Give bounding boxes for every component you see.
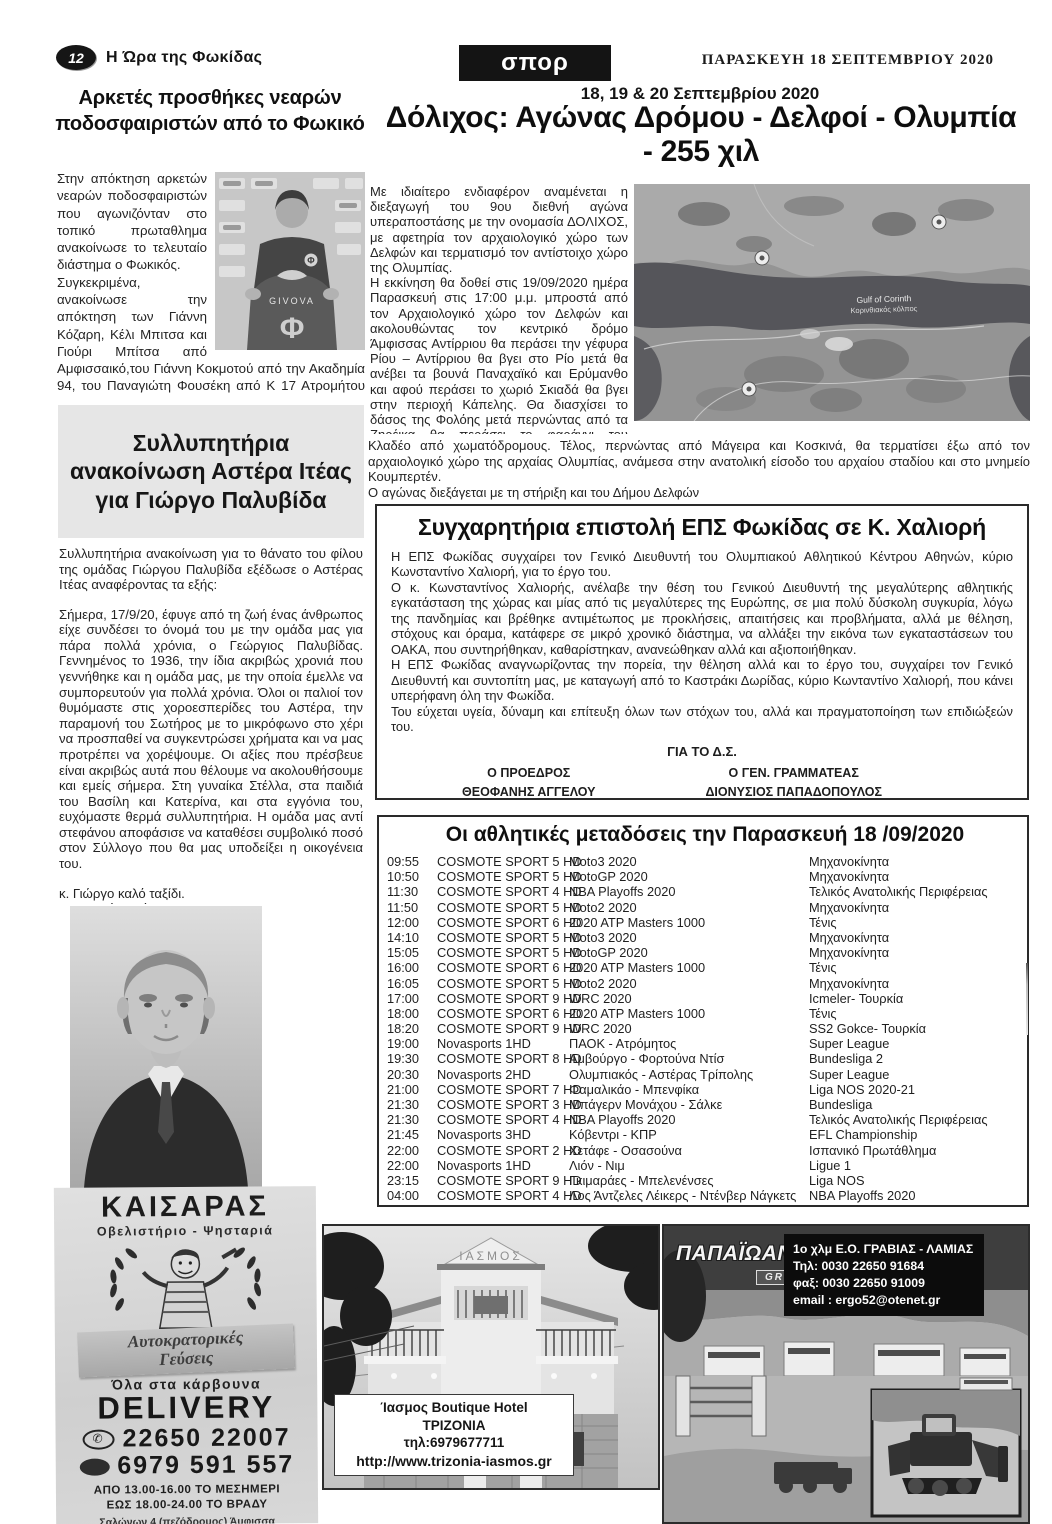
broadcast-time: 19:30 [387, 1051, 437, 1066]
table-row: 11:50 COSMOTE SPORT 5 HD Moto2 2020 Μηχα… [387, 900, 1023, 915]
broadcast-event: Αμβούργο - Φορτούνα Ντίσ [569, 1051, 809, 1066]
main-article-paragraph: Κλαδέο από χωματόδρομους. Τέλος, περνώντ… [368, 438, 1030, 485]
broadcast-channel: Novasports 3HD [437, 1127, 569, 1142]
page-number-badge: 12 [56, 45, 96, 70]
obituary-intro: Συλλυπητήρια ανακοίνωση για το θάνατο το… [59, 546, 363, 593]
caesar-logo: ΚΑΙΣΑΡΑΣ [54, 1190, 316, 1225]
broadcast-channel: COSMOTE SPORT 5 HD [437, 976, 569, 991]
broadcast-channel: COSMOTE SPORT 5 HD [437, 869, 569, 884]
issue-date: ΠΑΡΑΣΚΕΥΗ 18 ΣΕΠΤΕΜΒΡΙΟΥ 2020 [702, 52, 994, 69]
masthead: Η Ώρα της Φωκίδας [106, 49, 262, 67]
letter-paragraph: Η ΕΠΣ Φωκίδας αναγνωρίζοντας την πορεία,… [391, 657, 1013, 703]
broadcast-event: NBA Playoffs 2020 [569, 884, 809, 899]
newspaper-page: { "page": { "number": "12", "masthead": … [0, 0, 1052, 1524]
table-row: 22:00 COSMOTE SPORT 2 HD Χετάφε - Οσασού… [387, 1143, 1023, 1158]
left-article-body: Φ GIVOVA Φ Στην απόκτηση αρκετών νεαρών … [57, 170, 365, 398]
papaioannou-fax: φαξ: 0030 22650 91009 [793, 1275, 975, 1292]
obituary-farewell-line: κ. Γιώργο καλό ταξίδι. [59, 886, 185, 901]
secretary-title: Ο ΓΕΝ. ΓΡΑΜΜΑΤΕΑΣ [729, 766, 859, 780]
hotel-name: Ίασμος Boutique Hotel [339, 1399, 569, 1417]
broadcast-event: Γκιμαράες - Μπελενένσες [569, 1173, 809, 1188]
portrait-art [70, 906, 262, 1188]
obituary-body: Συλλυπητήρια ανακοίνωση για το θάνατο το… [59, 546, 363, 904]
broadcast-category: NBA Playoffs 2020 [809, 1188, 1023, 1203]
table-row: 17:00 COSMOTE SPORT 9 HD WRC 2020 Icmele… [387, 991, 1023, 1006]
route-map-photo: Gulf of Corinth Κορινθιακός κόλπος [634, 184, 1030, 421]
broadcast-category: Icmeler- Τουρκία [809, 991, 1023, 1006]
broadcast-time: 09:55 [387, 854, 437, 869]
broadcast-event: Λος Άντζελες Λέικερς - Ντένβερ Νάγκετς [569, 1188, 809, 1203]
main-article-paragraph: Με ιδιαίτερο ενδιαφέρον αναμένεται η διε… [370, 184, 628, 275]
broadcast-category: Μηχανοκίνητα [809, 854, 1023, 869]
broadcast-channel: COSMOTE SPORT 5 HD [437, 854, 569, 869]
table-row: 21:45 Novasports 3HD Κόβεντρι - ΚΠΡ EFL … [387, 1127, 1023, 1142]
footballer-photo: Φ GIVOVA Φ [215, 172, 365, 350]
papaioannou-contact-box: 1ο χλμ Ε.Ο. ΓΡΑΒΙΑΣ - ΛΑΜΙΑΣ Τηλ: 0030 2… [784, 1234, 984, 1316]
broadcast-category: Μηχανοκίνητα [809, 976, 1023, 991]
broadcast-time: 10:50 [387, 869, 437, 884]
broadcast-category: Super League [809, 1067, 1023, 1082]
table-row: 21:00 COSMOTE SPORT 7 HD Φαμαλικάο - Μπε… [387, 1082, 1023, 1097]
broadcast-category: Τένις [809, 915, 1023, 930]
page-number: 12 [68, 50, 84, 66]
broadcast-channel: COSMOTE SPORT 2 HD [437, 1143, 569, 1158]
broadcast-channel: COSMOTE SPORT 5 HD [437, 930, 569, 945]
main-article-paragraph: Ο αγώνας διεξάγεται με τη στήριξη και το… [368, 485, 1030, 501]
letter-paragraph: Του εύχεται υγεία, δύναμη και επίτευξη ό… [391, 704, 1013, 735]
obituary-headline-box: Συλλυπητήρια ανακοίνωση Αστέρα Ιτέας για… [58, 405, 364, 538]
broadcast-time: 18:00 [387, 1006, 437, 1021]
broadcast-category: Τένις [809, 960, 1023, 975]
map-label-gulf-en: Gulf of Corinth [856, 293, 911, 305]
hotel-info-box: Ίασμος Boutique Hotel ΤΡΙΖΟΝΙΑ τηλ:69796… [334, 1394, 574, 1476]
secretary-name: ΔΙΟΝΥΣΙΟΣ ΠΑΠΑΔΟΠΟΥΛΟΣ [705, 785, 882, 799]
broadcast-channel: COSMOTE SPORT 7 HD [437, 1082, 569, 1097]
map-marker-icon [932, 215, 946, 229]
caesar-address: Σαλώνων 4 (πεζόδρομος) Άμφισσα [56, 1515, 318, 1524]
table-row: 16:05 COSMOTE SPORT 5 HD Moto2 2020 Μηχα… [387, 976, 1023, 991]
table-row: 22:00 Novasports 1HD Λιόν - Νιμ Ligue 1 [387, 1158, 1023, 1173]
caesar-hours-line: ΕΩΣ 18.00-24.00 ΤΟ ΒΡΑΔΥ [107, 1498, 268, 1511]
broadcast-event: WRC 2020 [569, 1021, 809, 1036]
president-name: ΘΕΟΦΑΝΗΣ ΑΓΓΕΛΟΥ [462, 785, 595, 799]
papaioannou-group-ad: ΠΑΠΑΪΩΑΝΝΟΥ GROUP 1ο χλμ Ε.Ο. ΓΡΑΒΙΑΣ - … [662, 1224, 1030, 1524]
broadcast-category: Liga NOS [809, 1173, 1023, 1188]
obituary-signature: Δ.Σ. Αστέρα Ιτέας [59, 901, 162, 904]
caesar-phone-number: 22650 22007 [122, 1424, 290, 1453]
caesar-mobile-number: 6979 591 557 [117, 1452, 294, 1481]
broadcast-category: Liga NOS 2020-21 [809, 1082, 1023, 1097]
table-row: 19:30 COSMOTE SPORT 8 HD Αμβούργο - Φορτ… [387, 1051, 1023, 1066]
caesar-banner: Αυτοκρατορικές Γεύσεις [77, 1323, 295, 1377]
broadcast-time: 19:00 [387, 1036, 437, 1051]
svg-text:Φ: Φ [307, 256, 315, 266]
letter-title: Συγχαρητήρια επιστολή ΕΠΣ Φωκίδας σε Κ. … [391, 514, 1013, 541]
table-row: 18:00 COSMOTE SPORT 6 HD 2020 ATP Master… [387, 1006, 1023, 1021]
broadcast-time: 21:00 [387, 1082, 437, 1097]
letter-paragraph: Η ΕΠΣ Φωκίδας συγχαίρει τον Γενικό Διευθ… [391, 549, 1013, 580]
broadcast-time: 04:00 [387, 1188, 437, 1203]
broadcast-category: SS2 Gokce- Τουρκία [809, 1021, 1023, 1036]
broadcast-rows: 09:55 COSMOTE SPORT 5 HD Moto3 2020 Μηχα… [387, 854, 1023, 1203]
broadcast-event: WRC 2020 [569, 991, 809, 1006]
letter-for-board: ΓΙΑ ΤΟ Δ.Σ. [391, 744, 1013, 759]
obituary-paragraph: Σήμερα, 17/9/20, έφυγε από τη ζωή ένας ά… [59, 607, 363, 872]
broadcast-event: Moto3 2020 [569, 930, 809, 945]
broadcast-channel: COSMOTE SPORT 9 HD [437, 1021, 569, 1036]
broadcast-category: Ligue 1 [809, 1158, 1023, 1173]
broadcast-time: 11:30 [387, 884, 437, 899]
broadcast-time: 21:30 [387, 1112, 437, 1127]
broadcast-category: Μηχανοκίνητα [809, 930, 1023, 945]
broadcast-event: 2020 ATP Masters 1000 [569, 1006, 809, 1021]
broadcast-category: Μηχανοκίνητα [809, 869, 1023, 884]
papaioannou-tel: Τηλ: 0030 22650 91684 [793, 1258, 975, 1275]
broadcast-event: Moto2 2020 [569, 976, 809, 991]
broadcast-time: 21:45 [387, 1127, 437, 1142]
obituary-portrait-photo [70, 906, 262, 1188]
hotel-location: ΤΡΙΖΟΝΙΑ [339, 1417, 569, 1435]
broadcast-time: 16:00 [387, 960, 437, 975]
broadcast-time: 20:30 [387, 1067, 437, 1082]
broadcast-channel: COSMOTE SPORT 4 HD [437, 1188, 569, 1203]
broadcast-event: Φαμαλικάο - Μπενφίκα [569, 1082, 809, 1097]
main-article-text-column: Με ιδιαίτερο ενδιαφέρον αναμένεται η διε… [370, 184, 628, 434]
broadcast-channel: COSMOTE SPORT 4 HD [437, 884, 569, 899]
map-marker-icon [755, 251, 769, 265]
iasmos-hotel-ad: ΙΑΣΜΟΣ Ίασμος Boutique Hotel ΤΡ [322, 1224, 660, 1490]
letter-paragraph: Ο κ. Κωνσταντίνος Χαλιορής, ανέλαβε την … [391, 580, 1013, 657]
broadcast-event: 2020 ATP Masters 1000 [569, 915, 809, 930]
table-row: 10:50 COSMOTE SPORT 5 HD MotoGP 2020 Μηχ… [387, 869, 1023, 884]
table-row: 16:00 COSMOTE SPORT 6 HD 2020 ATP Master… [387, 960, 1023, 975]
table-row: 21:30 COSMOTE SPORT 4 HD NBA Playoffs 20… [387, 1112, 1023, 1127]
broadcast-channel: Novasports 1HD [437, 1158, 569, 1173]
broadcasts-box: Οι αθλητικές μεταδόσεις την Παρασκευή 18… [377, 815, 1029, 1207]
broadcast-time: 17:00 [387, 991, 437, 1006]
obituary-farewell: κ. Γιώργο καλό ταξίδι. Δ.Σ. Αστέρα Ιτέας [59, 886, 363, 904]
route-map-art: Gulf of Corinth Κορινθιακός κόλπος [634, 184, 1030, 421]
caesar-grill-ad: ΚΑΙΣΑΡΑΣ Οβελιστήριο - Ψησταριά [54, 1186, 318, 1524]
letter-signatures: Ο ΠΡΟΕΔΡΟΣ ΘΕΟΦΑΝΗΣ ΑΓΓΕΛΟΥ Ο ΓΕΝ. ΓΡΑΜΜ… [375, 764, 983, 800]
broadcast-channel: COSMOTE SPORT 6 HD [437, 915, 569, 930]
jersey-crest-letter: Φ [280, 312, 305, 345]
broadcast-category: Super League [809, 1036, 1023, 1051]
broadcast-event: ΠΑΟΚ - Ατρόμητος [569, 1036, 809, 1051]
broadcast-time: 16:05 [387, 976, 437, 991]
papaioannou-email: email : ergo52@otenet.gr [793, 1292, 975, 1309]
broadcast-channel: Novasports 1HD [437, 1036, 569, 1051]
broadcast-channel: COSMOTE SPORT 5 HD [437, 945, 569, 960]
broadcast-event: Λιόν - Νιμ [569, 1158, 809, 1173]
section-badge: σπορ [459, 45, 611, 81]
broadcast-time: 22:00 [387, 1143, 437, 1158]
map-marker-icon [742, 382, 756, 396]
broadcast-channel: COSMOTE SPORT 3 HD [437, 1097, 569, 1112]
letter-president-signature: Ο ΠΡΟΕΔΡΟΣ ΘΕΟΦΑΝΗΣ ΑΓΓΕΛΟΥ [462, 764, 595, 800]
caesar-cartoon [85, 1237, 286, 1330]
main-article-paragraph: Η εκκίνηση θα δοθεί στις 19/09/2020 ημέρ… [370, 275, 628, 434]
table-row: 12:00 COSMOTE SPORT 6 HD 2020 ATP Master… [387, 915, 1023, 930]
broadcast-channel: COSMOTE SPORT 4 HD [437, 1112, 569, 1127]
broadcast-channel: COSMOTE SPORT 9 HD [437, 1173, 569, 1188]
broadcast-event: Moto2 2020 [569, 900, 809, 915]
broadcast-event: MotoGP 2020 [569, 869, 809, 884]
caesar-phone-row: ✆ 22650 22007 [55, 1424, 317, 1453]
broadcast-event: MotoGP 2020 [569, 945, 809, 960]
jersey-brand-label: GIVOVA [269, 296, 315, 306]
main-article-headline: Δόλιχος: Αγώνας Δρόμου - Δελφοί - Ολυμπί… [378, 101, 1024, 169]
phone-icon: ✆ [83, 1429, 115, 1449]
broadcast-category: Μηχανοκίνητα [809, 945, 1023, 960]
broadcast-event: Χετάφε - Οσασούνα [569, 1143, 809, 1158]
caesar-cartoon-art [85, 1237, 286, 1330]
hotel-phone: τηλ:6979677711 [339, 1434, 569, 1452]
broadcast-channel: COSMOTE SPORT 8 HD [437, 1051, 569, 1066]
table-row: 20:30 Novasports 2HD Ολυμπιακός - Αστέρα… [387, 1067, 1023, 1082]
obituary-headline: Συλλυπητήρια ανακοίνωση Αστέρα Ιτέας για… [66, 429, 356, 513]
footballer-photo-art: Φ GIVOVA Φ [215, 172, 365, 350]
table-row: 15:05 COSMOTE SPORT 5 HD MotoGP 2020 Μηχ… [387, 945, 1023, 960]
broadcast-time: 22:00 [387, 1158, 437, 1173]
broadcast-time: 23:15 [387, 1173, 437, 1188]
bulldozer-photo [872, 1390, 1020, 1516]
table-row: 23:15 COSMOTE SPORT 9 HD Γκιμαράες - Μπε… [387, 1173, 1023, 1188]
broadcasts-title: Οι αθλητικές μεταδόσεις την Παρασκευή 18… [387, 823, 1023, 847]
broadcast-category: Τελικός Ανατολικής Περιφέρειας [809, 1112, 1023, 1127]
table-row: 09:55 COSMOTE SPORT 5 HD Moto3 2020 Μηχα… [387, 854, 1023, 869]
left-article-headline: Αρκετές προσθήκες νεαρών ποδοσφαιριστών … [50, 86, 370, 137]
broadcast-channel: COSMOTE SPORT 6 HD [437, 1006, 569, 1021]
broadcast-category: Μηχανοκίνητα [809, 900, 1023, 915]
broadcast-channel: Novasports 2HD [437, 1067, 569, 1082]
broadcast-channel: COSMOTE SPORT 5 HD [437, 900, 569, 915]
table-row: 04:00 COSMOTE SPORT 4 HD Λος Άντζελες Λέ… [387, 1188, 1023, 1203]
caesar-delivery-label: DELIVERY [55, 1391, 317, 1425]
table-row: 19:00 Novasports 1HD ΠΑΟΚ - Ατρόμητος Su… [387, 1036, 1023, 1051]
broadcast-category: Τένις [809, 1006, 1023, 1021]
broadcast-category: Bundesliga [809, 1097, 1023, 1112]
caesar-hours: ΑΠΟ 13.00-16.00 ΤΟ ΜΕΣΗΜΕΡΙ ΕΩΣ 18.00-24… [56, 1482, 318, 1514]
main-article-continuation: Κλαδέο από χωματόδρομους. Τέλος, περνώντ… [368, 438, 1030, 500]
broadcast-time: 21:30 [387, 1097, 437, 1112]
broadcast-category: Ισπανικό Πρωτάθλημα [809, 1143, 1023, 1158]
broadcast-channel: COSMOTE SPORT 9 HD [437, 991, 569, 1006]
table-row: 11:30 COSMOTE SPORT 4 HD NBA Playoffs 20… [387, 884, 1023, 899]
president-title: Ο ΠΡΟΕΔΡΟΣ [487, 766, 570, 780]
mobile-network-icon [79, 1458, 109, 1475]
broadcast-time: 12:00 [387, 915, 437, 930]
broadcast-event: Ολυμπιακός - Αστέρας Τρίπολης [569, 1067, 809, 1082]
broadcast-category: Τελικός Ανατολικής Περιφέρειας [809, 884, 1023, 899]
broadcast-event: Μπάγερν Μονάχου - Σάλκε [569, 1097, 809, 1112]
hotel-url: http://www.trizonia-iasmos.gr [339, 1452, 569, 1470]
table-row: 21:30 COSMOTE SPORT 3 HD Μπάγερν Μονάχου… [387, 1097, 1023, 1112]
broadcast-time: 11:50 [387, 900, 437, 915]
broadcast-event: Κόβεντρι - ΚΠΡ [569, 1127, 809, 1142]
main-article-body: Με ιδιαίτερο ενδιαφέρον αναμένεται η διε… [370, 184, 1030, 434]
table-row: 18:20 COSMOTE SPORT 9 HD WRC 2020 SS2 Go… [387, 1021, 1023, 1036]
broadcast-channel: COSMOTE SPORT 6 HD [437, 960, 569, 975]
letter-box: Συγχαρητήρια επιστολή ΕΠΣ Φωκίδας σε Κ. … [375, 504, 1029, 800]
letter-secretary-signature: Ο ΓΕΝ. ΓΡΑΜΜΑΤΕΑΣ ΔΙΟΝΥΣΙΟΣ ΠΑΠΑΔΟΠΟΥΛΟΣ [705, 764, 882, 800]
broadcast-event: NBA Playoffs 2020 [569, 1112, 809, 1127]
broadcast-event: Moto3 2020 [569, 854, 809, 869]
broadcast-category: Bundesliga 2 [809, 1051, 1023, 1066]
papaioannou-address: 1ο χλμ Ε.Ο. ΓΡΑΒΙΑΣ - ΛΑΜΙΑΣ [793, 1241, 975, 1258]
broadcast-category: EFL Championship [809, 1127, 1023, 1142]
table-row: 14:10 COSMOTE SPORT 5 HD Moto3 2020 Μηχα… [387, 930, 1023, 945]
broadcast-time: 18:20 [387, 1021, 437, 1036]
broadcast-time: 15:05 [387, 945, 437, 960]
caesar-hours-line: ΑΠΟ 13.00-16.00 ΤΟ ΜΕΣΗΜΕΡΙ [94, 1483, 280, 1496]
caesar-mobile-row: 6979 591 557 [56, 1452, 318, 1481]
broadcast-time: 14:10 [387, 930, 437, 945]
scan-artifact-line [1026, 963, 1028, 1035]
broadcast-event: 2020 ATP Masters 1000 [569, 960, 809, 975]
hotel-sign-text: ΙΑΣΜΟΣ [459, 1249, 523, 1263]
